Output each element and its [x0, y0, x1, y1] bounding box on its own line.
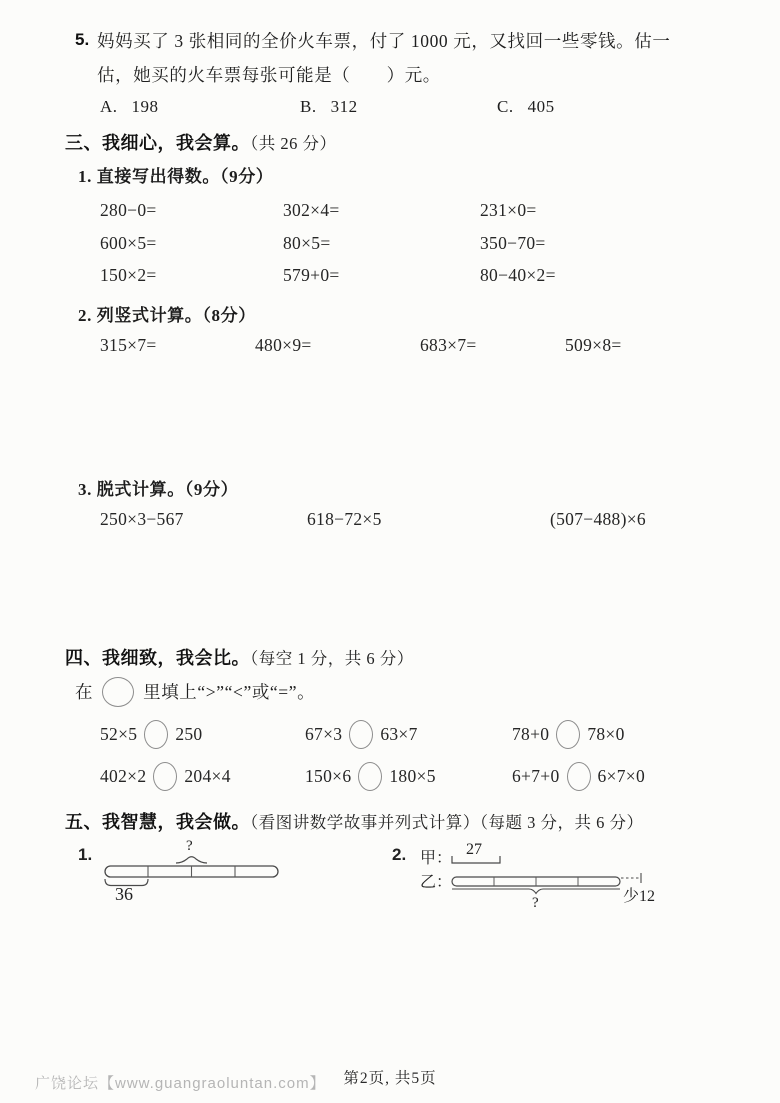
- diagram1-whole-label: ?: [186, 838, 193, 854]
- option-c: C.405: [497, 97, 555, 117]
- compare-left: 67×3: [305, 724, 342, 745]
- section3-sub3-title: 3. 脱式计算。（9分）: [78, 475, 238, 500]
- section4-header: 四、我细致，我会比。（每空 1 分，共 6 分）: [65, 644, 414, 670]
- diagram1-part-label: 36: [115, 884, 133, 904]
- comparison-circle: [358, 762, 382, 791]
- compare-right: 78×0: [587, 724, 624, 745]
- problem: 509×8=: [565, 335, 622, 356]
- question5-number: 5.: [75, 30, 89, 50]
- comparison-circle: [567, 762, 591, 791]
- diagram2-number: 2.: [392, 845, 406, 864]
- option-a-value: 198: [132, 97, 159, 116]
- diagram2-yi-label: 乙：: [420, 874, 452, 891]
- comparison-item: 78+078×0: [512, 720, 625, 749]
- comparison-circle: [144, 720, 168, 749]
- comparison-circle: [556, 720, 580, 749]
- option-c-value: 405: [528, 97, 555, 116]
- under-brace: [452, 889, 620, 894]
- comparison-item: 6+7+06×7×0: [512, 762, 645, 791]
- over-brace: [176, 857, 207, 863]
- compare-left: 52×5: [100, 724, 137, 745]
- option-a: A.198: [100, 97, 159, 117]
- problem: 618−72×5: [307, 509, 382, 530]
- tape-diagram-2: 2. 甲： 27 乙： ? 少12: [383, 836, 678, 910]
- section3-title: 三、我细心，我会算。: [65, 133, 250, 153]
- compare-right: 180×5: [389, 766, 435, 787]
- compare-left: 78+0: [512, 724, 549, 745]
- diagram2-jia-value: 27: [466, 841, 482, 858]
- instruction-pre: 在: [75, 679, 93, 705]
- question5-line1: 妈妈买了 3 张相同的全价火车票，付了 1000 元，又找回一些零钱。估一: [97, 28, 670, 54]
- compare-left: 6+7+0: [512, 766, 560, 787]
- section4-instruction: 在 里填上“>”“<”或“=”。: [75, 677, 315, 707]
- comparison-item: 150×6180×5: [305, 762, 436, 791]
- section3-sub2-title: 2. 列竖式计算。（8分）: [78, 301, 256, 326]
- option-c-label: C.: [497, 97, 514, 116]
- comparison-item: 402×2204×4: [100, 762, 231, 791]
- problem: 80−40×2=: [480, 265, 556, 286]
- problem: 150×2=: [100, 265, 157, 286]
- question5-line2: 估，她买的火车票每张可能是（ ）元。: [97, 62, 441, 88]
- diagram2-less-label: 少12: [623, 887, 655, 905]
- question5-options: A.198 B.312 C.405: [100, 97, 720, 121]
- compare-right: 63×7: [380, 724, 417, 745]
- problem: 480×9=: [255, 335, 312, 356]
- compare-right: 6×7×0: [598, 766, 646, 787]
- section5-score: （看图讲数学故事并列式计算）（每题 3 分，共 6 分）: [250, 813, 644, 832]
- section5-header: 五、我智慧，我会做。（看图讲数学故事并列式计算）（每题 3 分，共 6 分）: [65, 808, 644, 834]
- compare-left: 402×2: [100, 766, 146, 787]
- comparison-row-2: 402×2204×4 150×6180×5 6+7+06×7×0: [100, 762, 740, 792]
- problem: 350−70=: [480, 233, 546, 254]
- worksheet-page: 5. 妈妈买了 3 张相同的全价火车票，付了 1000 元，又找回一些零钱。估一…: [0, 0, 780, 1103]
- option-b: B.312: [300, 97, 358, 117]
- comparison-circle: [153, 762, 177, 791]
- comparison-row-1: 52×5250 67×363×7 78+078×0: [100, 720, 740, 750]
- compare-right: 204×4: [184, 766, 230, 787]
- comparison-circle: [349, 720, 373, 749]
- section4-score: （每空 1 分，共 6 分）: [250, 649, 414, 668]
- problem: 315×7=: [100, 335, 157, 356]
- problem: 579+0=: [283, 265, 340, 286]
- problem: 250×3−567: [100, 509, 184, 530]
- problem: 302×4=: [283, 200, 340, 221]
- compare-left: 150×6: [305, 766, 351, 787]
- section3-header: 三、我细心，我会算。（共 26 分）: [65, 129, 337, 155]
- watermark: 广饶论坛【www.guangraoluntan.com】: [35, 1072, 326, 1093]
- option-b-value: 312: [331, 97, 358, 116]
- diagram2-whole-label: ?: [532, 895, 539, 910]
- comparison-item: 52×5250: [100, 720, 202, 749]
- section5-title: 五、我智慧，我会做。: [65, 812, 250, 832]
- compare-right: 250: [175, 724, 202, 745]
- diagram1-number: 1.: [78, 845, 92, 864]
- section4-title: 四、我细致，我会比。: [65, 648, 250, 668]
- option-a-label: A.: [100, 97, 118, 116]
- problem: 80×5=: [283, 233, 331, 254]
- problem: 231×0=: [480, 200, 537, 221]
- section3-sub1-title: 1. 直接写出得数。（9分）: [78, 162, 273, 187]
- problem: 600×5=: [100, 233, 157, 254]
- section3-score: （共 26 分）: [250, 134, 337, 153]
- diagram2-jia-label: 甲：: [420, 849, 452, 867]
- option-b-label: B.: [300, 97, 317, 116]
- instruction-post: 里填上“>”“<”或“=”。: [143, 679, 315, 705]
- comparison-item: 67×363×7: [305, 720, 418, 749]
- problem: 683×7=: [420, 335, 477, 356]
- tape-diagram-1: 1. ? 36: [68, 836, 308, 908]
- fill-circle: [102, 677, 134, 707]
- problem: (507−488)×6: [550, 509, 646, 530]
- problem: 280−0=: [100, 200, 157, 221]
